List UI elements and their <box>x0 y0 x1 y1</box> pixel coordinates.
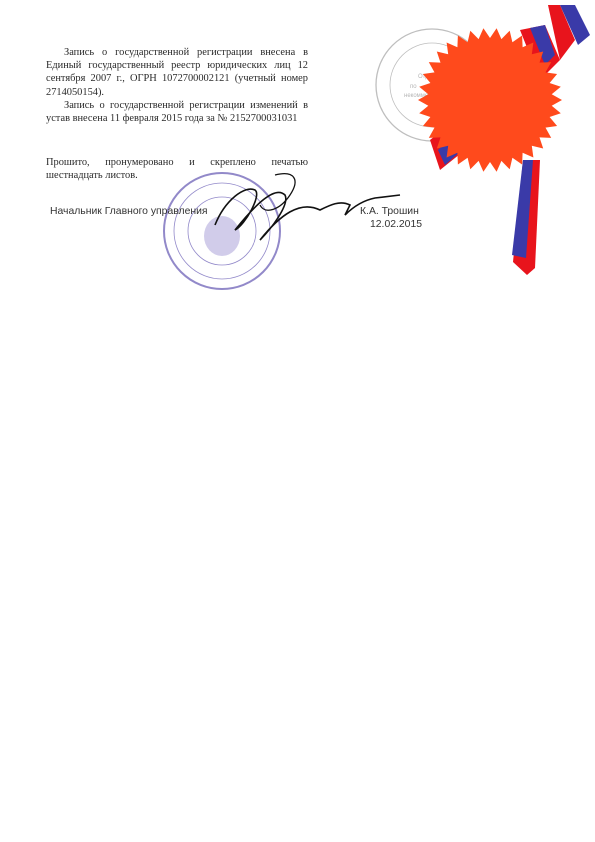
binding-note: Прошито, пронумеровано и скреплено печат… <box>46 156 308 182</box>
seal-and-ribbon-graphic: Отд по некоммер <box>0 0 595 842</box>
signatory-name: К.А. Трошин <box>360 206 419 217</box>
signatory-title: Начальник Главного управления <box>50 206 208 217</box>
signature-date: 12.02.2015 <box>370 219 422 230</box>
amendment-paragraph: Запись о государственной регистрации изм… <box>46 99 308 125</box>
registration-paragraph: Запись о государственной регистрации вне… <box>46 46 308 99</box>
round-official-stamp <box>164 173 280 289</box>
svg-text:по: по <box>410 84 417 90</box>
